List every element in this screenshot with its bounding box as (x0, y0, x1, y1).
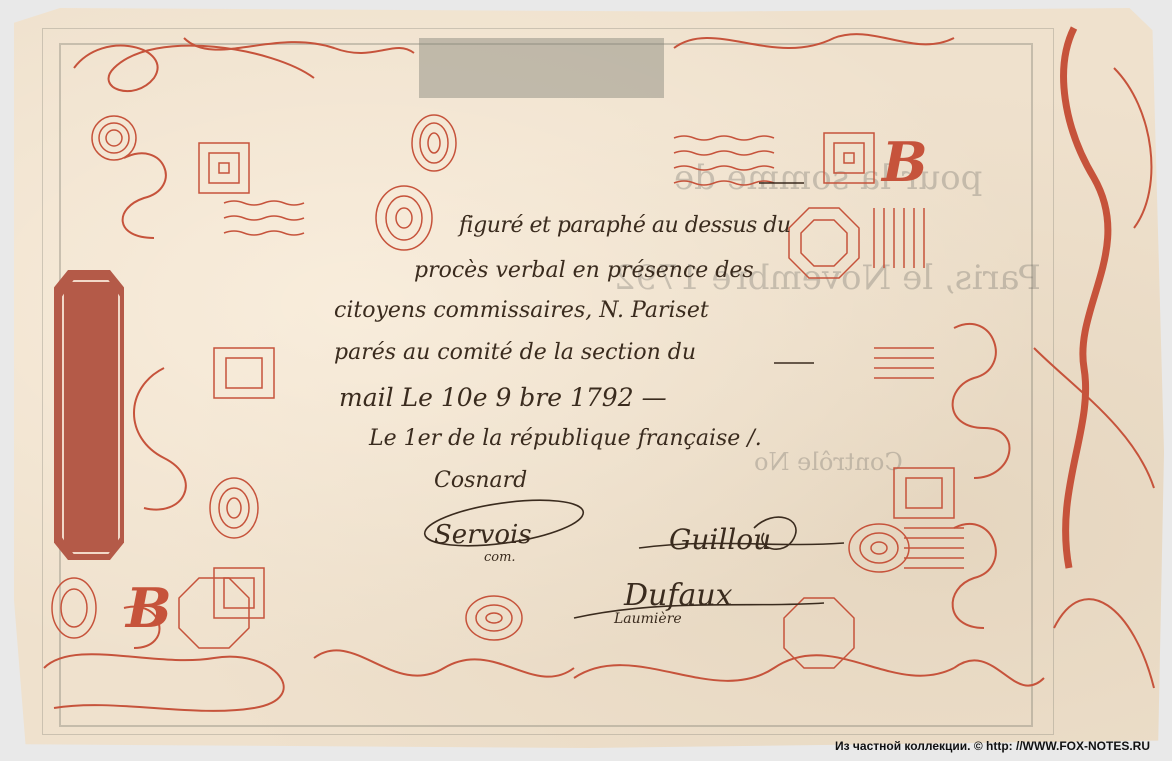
banknote: pour la somme de Paris, le Novembre 1792… (14, 8, 1164, 748)
collection-watermark-caption: Из частной коллекции. © http: //WWW.FOX-… (835, 739, 1150, 753)
signature-flourishes (14, 8, 1164, 748)
